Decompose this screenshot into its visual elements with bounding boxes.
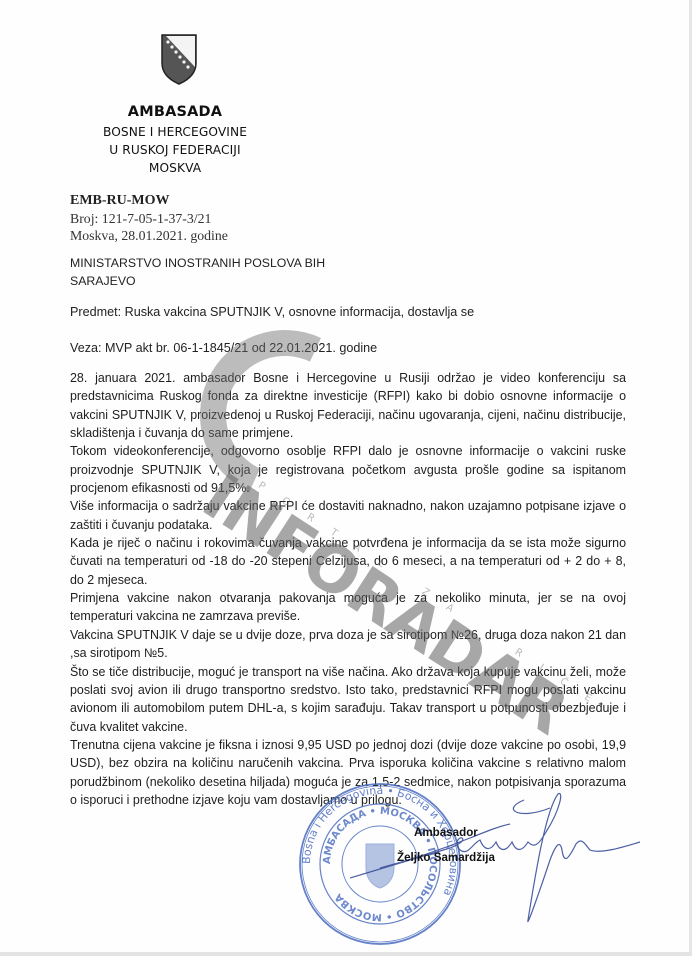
- letterhead-title: AMBASADA: [0, 104, 350, 120]
- body-paragraph: Više informacija o sadržaju vakcine RFPI…: [70, 497, 626, 534]
- letter-body: 28. januara 2021. ambasador Bosne i Herc…: [70, 369, 626, 809]
- reference-link-line: Veza: MVP akt br. 06-1-1845/21 od 22.01.…: [70, 341, 377, 355]
- body-paragraph: Tokom videokonferencije, odgovorno osobl…: [70, 442, 626, 497]
- letterhead-line: U RUSKOJ FEDERACIJI: [0, 143, 350, 157]
- reference-code: EMB-RU-MOW: [70, 193, 170, 209]
- recipient-line: SARAJEVO: [70, 274, 136, 288]
- body-paragraph: Kada je riječ o načinu i rokovima čuvanj…: [70, 534, 626, 589]
- body-paragraph: 28. januara 2021. ambasador Bosne i Herc…: [70, 369, 626, 442]
- recipient-line: MINISTARSTVO INOSTRANIH POSLOVA BIH: [70, 256, 325, 270]
- signatory-name: Željko Samardžija: [397, 851, 495, 864]
- reference-number: Broj: 121-7-05-1-37-3/21: [70, 211, 211, 227]
- body-paragraph: Što se tiče distribucije, moguć je trans…: [70, 663, 626, 736]
- letterhead-line: MOSKVA: [0, 161, 350, 175]
- document-page: AMBASADA BOSNE I HERCEGOVINE U RUSKOJ FE…: [0, 0, 692, 956]
- subject-line: Predmet: Ruska vakcina SPUTNJIK V, osnov…: [70, 305, 474, 319]
- bih-coat-of-arms-icon: [160, 33, 198, 85]
- body-paragraph: Primjena vakcine nakon otvaranja pakovan…: [70, 589, 626, 626]
- letterhead-line: BOSNE I HERCEGOVINE: [0, 125, 350, 139]
- body-paragraph: Vakcina SPUTNJIK V daje se u dvije doze,…: [70, 626, 626, 663]
- signatory-role: Ambasador: [414, 826, 478, 839]
- reference-place-date: Moskva, 28.01.2021. godine: [70, 228, 228, 244]
